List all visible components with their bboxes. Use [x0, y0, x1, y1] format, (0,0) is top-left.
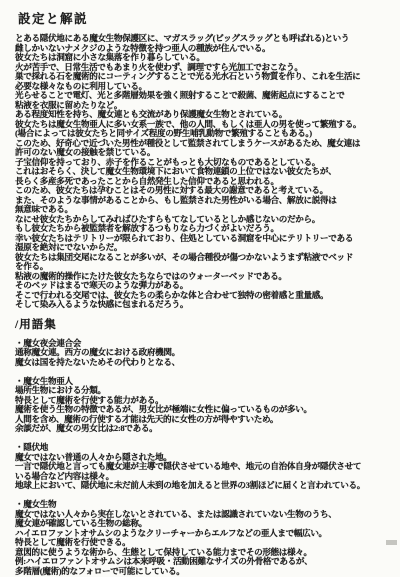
glossary-entry-hidden-land: ・隠伏地魔女ではない普通の人々から隠された地。一言で隠伏地と言っても魔女連が主導…	[15, 443, 394, 491]
page-title: 設定と解説	[18, 9, 394, 27]
glossary-heading: /用語集	[15, 316, 394, 332]
intro-paragraph: とある隠伏地にある魔女生物保護区に、マガスラッグ(ビッグスラッグとも呼ばれる)と…	[15, 34, 394, 310]
document-page: 設定と解説 とある隠伏地にある魔女生物保護区に、マガスラッグ(ビッグスラッグとも…	[0, 0, 400, 577]
text-line: 多階層(魔術)的なフォローで可能にしている。	[15, 567, 394, 577]
glossary-entry-witch-council: ・魔女夜会連合会通称魔女連。西方の魔女における政府機関。魔女は国を持たないためそ…	[15, 339, 394, 368]
text-line: 余談だが、魔女の男女比は2:8である。	[15, 424, 394, 434]
page-corner-mark	[386, 540, 397, 545]
glossary-entry-witch-creature-demihuman: ・魔女生物亜人場所生物における分類。特長として魔術を行使する能力がある。魔術を使…	[15, 377, 394, 434]
text-line: 魔女は国を持たないためその代わりとなる、	[15, 358, 394, 368]
text-line: 地球上において、隠伏地に未だ前人未到の地を加えると世界の3割ほどに届くと言われて…	[15, 481, 394, 491]
glossary-entry-witch-creature: ・魔女生物魔女ではない人々から実在しないとされている、または認識されていない生物…	[15, 500, 394, 576]
text-line: 彼女たちは集団交尾になることが多いが、その場合種役が傷つかないようまず粘液でベッ…	[15, 253, 394, 263]
text-line: そして染み入るような快感に包まれるだろう。	[15, 300, 394, 310]
